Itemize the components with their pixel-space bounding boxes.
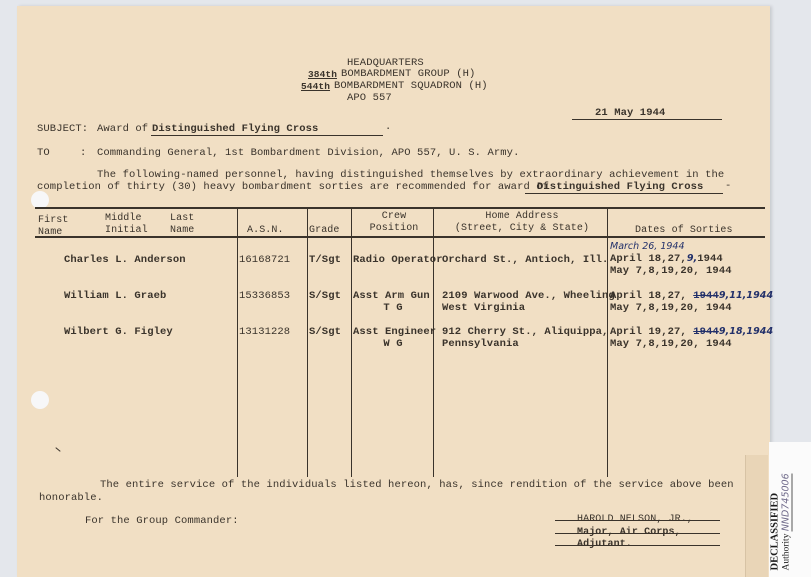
row-grade: S/Sgt	[309, 290, 341, 302]
row-dates-line1: April 18,27, 19449,11,1944	[610, 290, 773, 302]
award-underline	[525, 193, 723, 194]
row-dates-line2: May 7,8,19,20, 1944	[610, 302, 732, 314]
table-divider	[351, 209, 352, 477]
row-address: 2109 Warwood Ave., Wheeling	[442, 290, 615, 302]
apo-number: APO 557	[347, 92, 392, 104]
subject-prefix: Award of	[97, 123, 148, 135]
row-name: William L. Graeb	[64, 290, 166, 302]
body-line2-prefix: completion of thirty (30) heavy bombardm…	[37, 181, 549, 193]
row-address-line2: West Virginia	[442, 302, 525, 314]
row-position-sub: W G	[353, 338, 433, 350]
col-last-name: LastName	[170, 213, 194, 237]
row-name: Wilbert G. Figley	[64, 326, 173, 338]
closing-line2: honorable.	[39, 492, 103, 504]
row-dates-line2: May 7,8,19,20, 1944	[610, 265, 732, 277]
body-line1: The following-named personnel, having di…	[97, 169, 724, 181]
table-divider	[433, 209, 434, 477]
row-asn: 16168721	[239, 254, 290, 266]
body-award: Distinguished Flying Cross	[537, 181, 703, 193]
punch-hole	[31, 391, 49, 409]
signature-rule	[555, 545, 720, 546]
table-divider	[307, 209, 308, 477]
row-position: Radio Operator	[353, 254, 443, 266]
row-name: Charles L. Anderson	[64, 254, 186, 266]
subject-underline	[151, 135, 383, 136]
row-position: Asst Engineer	[353, 326, 436, 338]
squadron-label: BOMBARDMENT SQUADRON (H)	[334, 80, 488, 92]
col-crew-position: CrewPosition	[353, 211, 435, 235]
col-dates: Dates of Sorties	[635, 225, 733, 236]
row-dates-line1: April 19,27, 19449,18,1944	[610, 326, 773, 338]
row-address-line2: Pennsylvania	[442, 338, 519, 350]
row-grade: S/Sgt	[309, 326, 341, 338]
declassified-label: DECLASSIFIED	[770, 442, 781, 571]
to-colon: :	[80, 147, 86, 159]
signature-rule	[555, 520, 720, 521]
row-position-sub: T G	[353, 302, 433, 314]
row-asn: 15336853	[239, 290, 290, 302]
paper-tab	[745, 455, 768, 577]
row-position: Asst Arm Gun	[353, 290, 430, 302]
document-page: HEADQUARTERS 384th BOMBARDMENT GROUP (H)…	[17, 6, 770, 577]
row-asn: 13131228	[239, 326, 290, 338]
subject-suffix: .	[385, 121, 391, 133]
closing-line1: The entire service of the individuals li…	[100, 479, 734, 491]
to-value: Commanding General, 1st Bombardment Divi…	[97, 147, 519, 159]
row-grade: T/Sgt	[309, 254, 341, 266]
declassified-stamp: DECLASSIFIED Authority NND745006	[769, 442, 811, 577]
row-dates-line1: April 18,27,9,1944	[610, 253, 723, 265]
signature-rule	[555, 533, 720, 534]
table-divider	[607, 209, 608, 477]
squadron-number: 544th	[301, 81, 330, 92]
table-header-rule	[35, 236, 765, 238]
col-middle-initial: MiddleInitial	[105, 213, 148, 237]
to-label: TO	[37, 147, 50, 159]
authority-line: Authority NND745006	[781, 442, 792, 571]
table-top-rule	[35, 207, 765, 209]
row-address: 912 Cherry St., Aliquippa,	[442, 326, 608, 338]
group-label: BOMBARDMENT GROUP (H)	[341, 68, 475, 80]
row-date-handwritten: March 26, 1944	[610, 241, 685, 252]
col-asn: A.S.N.	[247, 225, 284, 236]
document-date: 21 May 1944	[595, 107, 665, 119]
table-divider	[237, 209, 238, 477]
for-commander: For the Group Commander:	[85, 515, 239, 527]
subject-value: Distinguished Flying Cross	[152, 123, 318, 135]
body-suffix: -	[725, 180, 731, 192]
row-address: Orchard St., Antioch, Ill.	[442, 254, 608, 266]
subject-label: SUBJECT:	[37, 123, 88, 135]
col-home-address: Home Address(Street, City & State)	[437, 211, 607, 235]
date-underline	[572, 119, 722, 120]
stray-mark	[55, 447, 60, 452]
row-dates-line2: May 7,8,19,20, 1944	[610, 338, 732, 350]
group-number: 384th	[308, 69, 337, 80]
col-grade: Grade	[309, 225, 340, 236]
